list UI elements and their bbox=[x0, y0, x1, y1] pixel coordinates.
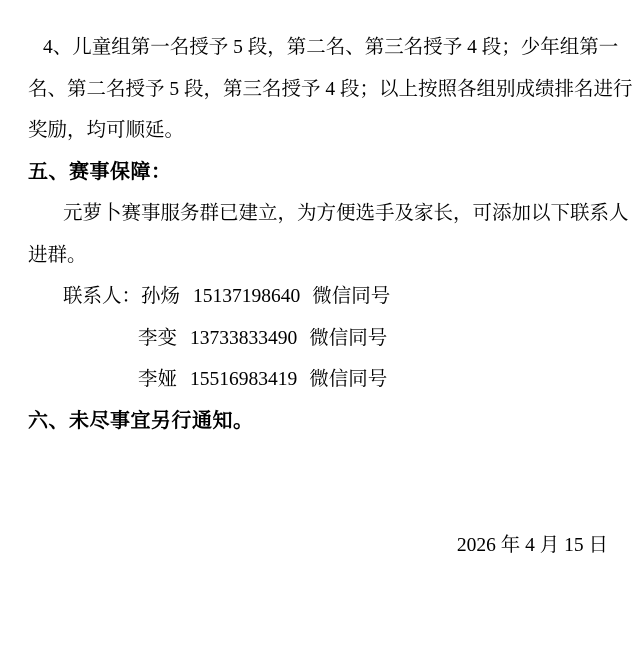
heading-event-support: 五、赛事保障： bbox=[28, 152, 608, 194]
awards-paragraph-line-3: 奖励，均可顺延。 bbox=[28, 110, 608, 152]
contact-name: 李变 bbox=[138, 328, 177, 349]
contacts-label: 联系人： bbox=[63, 286, 141, 307]
contact-note: 微信同号 bbox=[309, 369, 387, 390]
blank-line bbox=[28, 442, 608, 484]
support-paragraph-line-2: 进群。 bbox=[28, 235, 608, 277]
document-date: 2026 年 4 月 15 日 bbox=[28, 525, 608, 567]
awards-paragraph-line-2: 名、第二名授予 5 段，第三名授予 4 段；以上按照各组别成绩排名进行 bbox=[28, 69, 608, 111]
contact-phone: 15516983419 bbox=[190, 369, 297, 390]
contact-line-3: 李娅15516983419微信同号 bbox=[28, 359, 608, 401]
contact-note: 微信同号 bbox=[309, 328, 387, 349]
contact-phone: 15137198640 bbox=[193, 286, 300, 307]
contact-name: 孙炀 bbox=[141, 286, 180, 307]
contact-name: 李娅 bbox=[138, 369, 177, 390]
blank-line bbox=[28, 484, 608, 526]
contact-line-1: 联系人：孙炀15137198640微信同号 bbox=[28, 276, 608, 318]
heading-misc-notice: 六、未尽事宜另行通知。 bbox=[28, 401, 608, 443]
support-paragraph-line-1: 元萝卜赛事服务群已建立，为方便选手及家长，可添加以下联系人 bbox=[28, 193, 608, 235]
contact-line-2: 李变13733833490微信同号 bbox=[28, 318, 608, 360]
contact-phone: 13733833490 bbox=[190, 328, 297, 349]
document-page: 4、儿童组第一名授予 5 段，第二名、第三名授予 4 段；少年组第一 名、第二名… bbox=[0, 0, 635, 657]
awards-paragraph-line-1: 4、儿童组第一名授予 5 段，第二名、第三名授予 4 段；少年组第一 bbox=[28, 27, 608, 69]
contact-note: 微信同号 bbox=[312, 286, 390, 307]
